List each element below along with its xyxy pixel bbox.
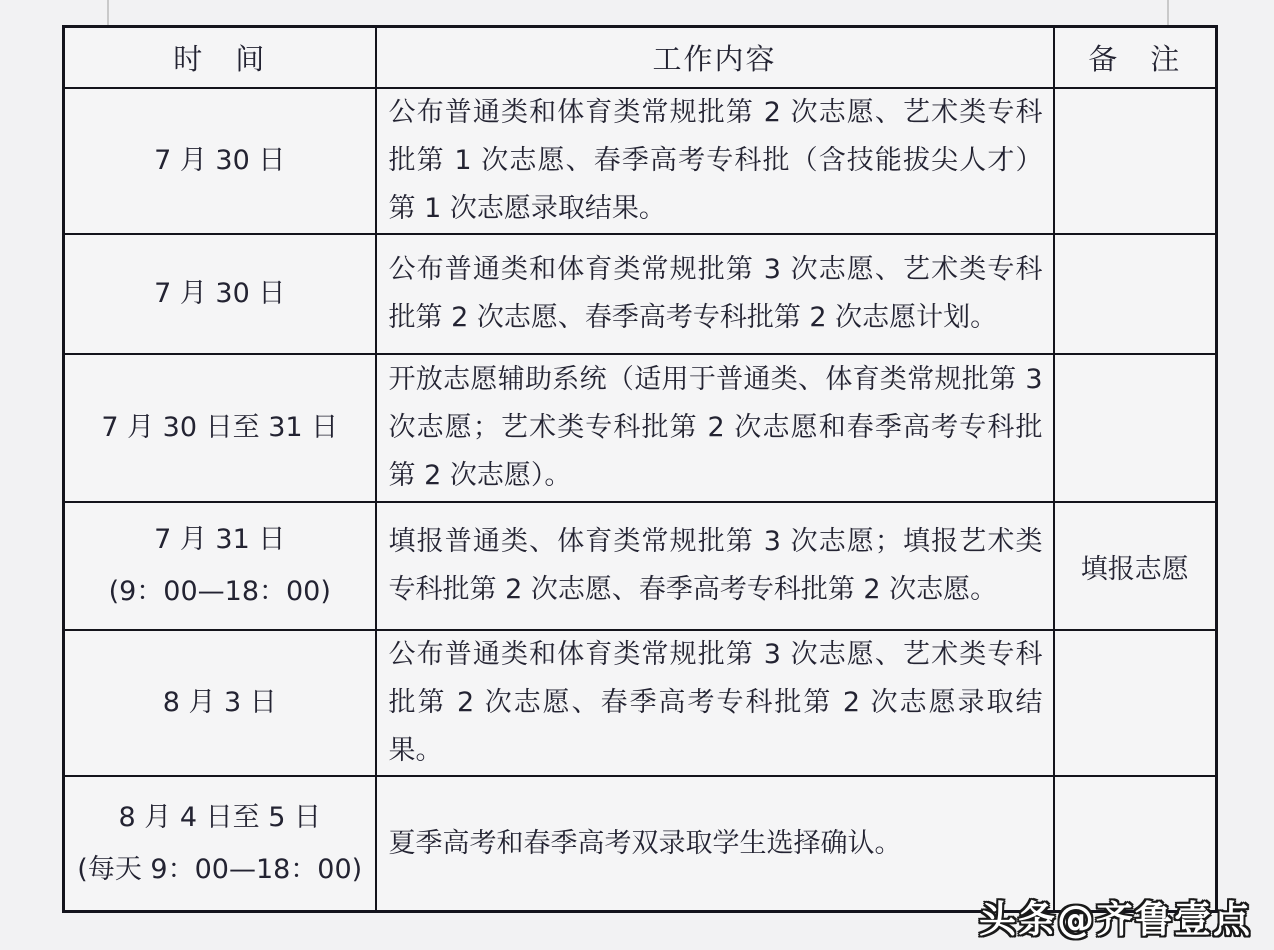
time-cell: 7 月 31 日 (9：00—18：00) [64,502,376,630]
time-cell: 7 月 30 日 [64,234,376,354]
time-cell: 8 月 3 日 [64,630,376,776]
time-line: 7 月 30 日至 31 日 [65,402,375,454]
remark-cell [1054,354,1217,502]
scan-artifact-line [1167,0,1169,27]
content-text: 填报普通类、体育类常规批第 3 次志愿；填报艺术类专科批第 2 次志愿、春季高考… [377,518,1053,614]
content-cell: 填报普通类、体育类常规批第 3 次志愿；填报艺术类专科批第 2 次志愿、春季高考… [376,502,1054,630]
content-text: 夏季高考和春季高考双录取学生选择确认。 [377,820,1053,868]
table-row: 8 月 3 日 公布普通类和体育类常规批第 3 次志愿、艺术类专科批第 2 次志… [64,630,1217,776]
remark-cell: 填报志愿 [1054,502,1217,630]
schedule-table: 时 间 工作内容 备 注 7 月 30 日 公布普通类和体育类常规批第 2 次志… [62,25,1218,913]
time-cell: 8 月 4 日至 5 日 (每天 9：00—18：00) [64,776,376,912]
time-cell: 7 月 30 日 [64,88,376,234]
header-row: 时 间 工作内容 备 注 [64,27,1217,89]
content-cell: 开放志愿辅助系统（适用于普通类、体育类常规批第 3 次志愿；艺术类专科批第 2 … [376,354,1054,502]
content-cell: 公布普通类和体育类常规批第 3 次志愿、艺术类专科批第 2 次志愿、春季高考专科… [376,630,1054,776]
time-line: 8 月 4 日至 5 日 [65,792,375,844]
time-line: 8 月 3 日 [65,677,375,729]
remark-cell [1054,88,1217,234]
content-text: 公布普通类和体育类常规批第 3 次志愿、艺术类专科批第 2 次志愿、春季高考专科… [377,246,1053,342]
remark-cell [1054,630,1217,776]
remark-cell [1054,234,1217,354]
time-line: (9：00—18：00) [65,566,375,618]
column-header-remark: 备 注 [1054,27,1217,89]
time-line: (每天 9：00—18：00) [65,844,375,896]
table-row: 7 月 30 日至 31 日 开放志愿辅助系统（适用于普通类、体育类常规批第 3… [64,354,1217,502]
table-row: 7 月 30 日 公布普通类和体育类常规批第 2 次志愿、艺术类专科批第 1 次… [64,88,1217,234]
time-line: 7 月 31 日 [65,514,375,566]
content-text: 公布普通类和体育类常规批第 2 次志愿、艺术类专科批第 1 次志愿、春季高考专科… [377,89,1053,233]
table-row: 7 月 30 日 公布普通类和体育类常规批第 3 次志愿、艺术类专科批第 2 次… [64,234,1217,354]
content-text: 开放志愿辅助系统（适用于普通类、体育类常规批第 3 次志愿；艺术类专科批第 2 … [377,356,1053,500]
content-cell: 公布普通类和体育类常规批第 2 次志愿、艺术类专科批第 1 次志愿、春季高考专科… [376,88,1054,234]
scan-artifact-line [107,0,109,25]
table-row: 7 月 31 日 (9：00—18：00) 填报普通类、体育类常规批第 3 次志… [64,502,1217,630]
news-watermark: 头条@齐鲁壹点 [979,889,1252,943]
time-cell: 7 月 30 日至 31 日 [64,354,376,502]
time-line: 7 月 30 日 [65,135,375,187]
time-line: 7 月 30 日 [65,268,375,320]
column-header-time: 时 间 [64,27,376,89]
content-cell: 公布普通类和体育类常规批第 3 次志愿、艺术类专科批第 2 次志愿、春季高考专科… [376,234,1054,354]
column-header-content: 工作内容 [376,27,1054,89]
content-cell: 夏季高考和春季高考双录取学生选择确认。 [376,776,1054,912]
content-text: 公布普通类和体育类常规批第 3 次志愿、艺术类专科批第 2 次志愿、春季高考专科… [377,631,1053,775]
